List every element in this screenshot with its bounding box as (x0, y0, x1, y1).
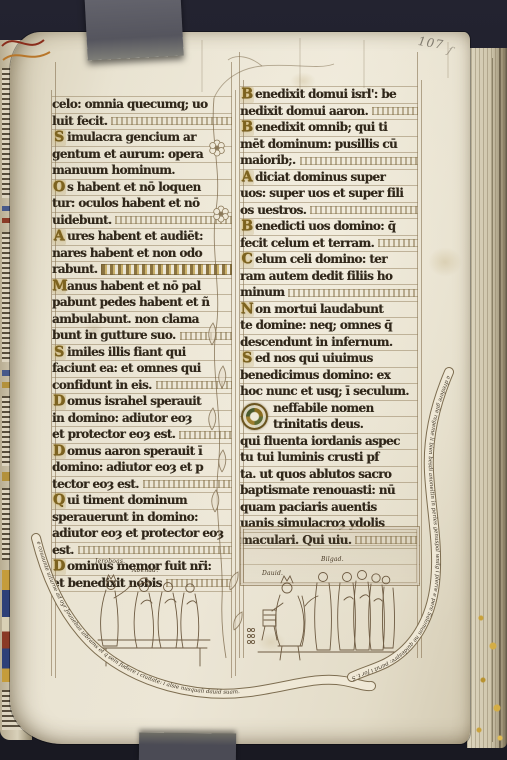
line-filler (372, 107, 418, 115)
verse-text: enedicti uos domino: q̄ (255, 219, 395, 235)
text-line: in domino: adiutor eoȝ (52, 411, 232, 428)
verse-text: imulacra gencium ar (67, 130, 196, 146)
illuminated-initial: A (52, 229, 66, 245)
text-line: Domus israhel sperauit (52, 394, 232, 411)
text-line: Adiciat dominus super (240, 170, 418, 187)
illuminated-initial: A (240, 170, 254, 186)
text-line: pabunt pedes habent et ñ (52, 295, 232, 312)
verse-text: nedixit domui aaron. (240, 104, 368, 120)
illuminated-initial: M (52, 279, 66, 295)
verse-text: est. (52, 543, 74, 559)
text-line: et benedixit nobis (52, 576, 232, 593)
text-line: confidunt in eis. (52, 378, 232, 395)
verse-text: rabunt. (52, 262, 97, 278)
text-line: nares habent et non odo (52, 246, 232, 263)
verse-text: adiutor eoȝ et protector eoȝ (52, 526, 223, 542)
verse-text: baptismate renouasti: nū (240, 483, 395, 499)
text-line: gentum et aurum: opera (52, 147, 232, 164)
verse-text: pabunt pedes habent et ñ (52, 295, 209, 311)
text-line: Similes illis fiant qui (52, 345, 232, 362)
verse-text: ui timent dominum (67, 493, 187, 509)
verse-text: gentum et aurum: opera (52, 147, 203, 163)
text-line: faciunt ea: et omnes qui (52, 361, 232, 378)
verse-text: ures habent et audiēt: (67, 229, 203, 245)
line-filler (111, 117, 232, 125)
text-line: sperauerunt in domino: (52, 510, 232, 527)
text-line: ta. ut quos ablutos sacro (240, 467, 418, 484)
scene-caption: Dauid. (262, 570, 283, 577)
text-line: Os habent et nō loquen (52, 180, 232, 197)
line-filler (179, 431, 232, 439)
verse-text: faciunt ea: et omnes qui (52, 361, 201, 377)
psalm-verse: Os habent et nō loquentur: oculos habent… (52, 180, 232, 230)
illuminated-initial: N (240, 302, 254, 318)
line-filler (378, 239, 418, 247)
verse-text: diciat dominus super (255, 170, 385, 186)
text-line: Domus aaron sperauit ī (52, 444, 232, 461)
verse-text: imiles illis fiant qui (67, 345, 186, 361)
text-line: qui fluenta iordanis aspec (240, 434, 418, 451)
scene-caption: Jeroboas. (95, 558, 125, 565)
illuminated-initial: Q (52, 493, 66, 509)
text-line: baptismate renouasti: nū (240, 483, 418, 500)
verse-text: omus aaron sperauit ī (67, 444, 202, 460)
mount-tab-top (84, 0, 183, 60)
verse-text: on mortui laudabunt (255, 302, 383, 318)
left-column: celo: omnia quecumq; uoluit fecit.Simula… (52, 96, 232, 592)
text-line: ambulabunt. non clama (52, 312, 232, 329)
verse-text: elum celi domino: ter (255, 252, 387, 268)
psalm-verse: Domus aaron sperauit īdomino: adiutor eo… (52, 444, 232, 494)
psalm-verse: Manus habent et nō palpabunt pedes haben… (52, 279, 232, 345)
book-fore-edge (467, 48, 507, 748)
verse-text: descendunt in infernum. (240, 335, 392, 351)
verse-text: domino: adiutor eoȝ et p (52, 460, 203, 476)
verse-text: benedicimus domino: ex (240, 368, 390, 384)
verse-text: ram autem dedit filiis ho (240, 269, 392, 285)
psalm-verse: Celum celi domino: terram autem dedit fi… (240, 252, 418, 302)
text-line: tector eoȝ est. (52, 477, 232, 494)
verse-text: ta. ut quos ablutos sacro (240, 467, 391, 483)
text-line: Celum celi domino: ter (240, 252, 418, 269)
text-line: minum (240, 285, 418, 302)
scene-caption: Bilgad. (321, 556, 344, 563)
illuminated-initial: C (240, 252, 254, 268)
verse-text: ed nos qui uiuimus (255, 351, 373, 367)
stain (256, 632, 286, 652)
text-line: Manus habent et nō pal (52, 279, 232, 296)
text-line: maiorib;. (240, 153, 418, 170)
text-line: benedicimus domino: ex (240, 368, 418, 385)
psalm-verse: Aures habent et audiēt:nares habent et n… (52, 229, 232, 279)
decorated-initial-roundel (241, 403, 268, 430)
psalm-verse: Benedixit omnib; qui timēt dominum: pusi… (240, 120, 418, 170)
verse-text: sperauerunt in domino: (52, 510, 198, 526)
psalm-verse: Non mortui laudabuntte domine: neq; omne… (240, 302, 418, 352)
verse-text: hoc nunc et usq; ī seculum. (240, 384, 409, 400)
verse-text: anus habent et nō pal (67, 279, 201, 295)
text-line: adiutor eoȝ et protector eoȝ (52, 526, 232, 543)
psalm-verse: Sed nos qui uiuimusbenedicimus domino: e… (240, 351, 418, 401)
line-filler (156, 381, 232, 389)
line-filler (310, 206, 418, 214)
ruling-vertical (235, 90, 236, 676)
text-line: fecit celum et terram. (240, 236, 418, 253)
illuminated-initial: S (240, 351, 254, 367)
text-line: hoc nunc et usq; ī seculum. (240, 384, 418, 401)
text-line: os uestros. (240, 203, 418, 220)
mount-tab-bottom (139, 732, 236, 760)
verse-text: maiorib;. (240, 153, 296, 169)
verse-text: luit fecit. (52, 114, 107, 130)
line-filler (300, 157, 418, 165)
verse-text: qui fluenta iordanis aspec (240, 434, 400, 450)
text-line: rabunt. (52, 262, 232, 279)
text-line: bunt in gutture suo. (52, 328, 232, 345)
text-line: Benedixit domui isrl': be (240, 87, 418, 104)
text-line: domino: adiutor eoȝ et p (52, 460, 232, 477)
illuminated-initial: S (52, 345, 66, 361)
ruling-vertical (421, 80, 422, 658)
verse-text: fecit celum et terram. (240, 236, 374, 252)
verse-text: tector eoȝ est. (52, 477, 139, 493)
text-line: et protector eoȝ est. (52, 427, 232, 444)
illuminated-initial: D (52, 444, 66, 460)
verse-text: minum (240, 285, 284, 301)
text-line: uidebunt. (52, 213, 232, 230)
text-line: Non mortui laudabunt (240, 302, 418, 319)
verse-text: uidebunt. (52, 213, 111, 229)
verse-text: s habent et nō loquen (67, 180, 201, 196)
text-line: te domine: neq; omnes q̄ (240, 318, 418, 335)
psalm-verse: Benedicti uos domino: q̄fecit celum et t… (240, 219, 418, 252)
line-filler (180, 332, 232, 340)
text-line: Benedixit omnib; qui ti (240, 120, 418, 137)
text-line: quam paciaris auentis (240, 500, 418, 517)
illuminated-initial: B (240, 120, 254, 136)
scene-caption: Abenad. (132, 567, 158, 574)
psalm-verse: Adiciat dominus superuos: super uos et s… (240, 170, 418, 220)
text-line: tur: oculos habent et nō (52, 196, 232, 213)
verse-text: et benedixit nobis (52, 576, 162, 592)
psalm-verse: Dominus memor fuit nr̄i:et benedixit nob… (52, 559, 232, 592)
text-line: ram autem dedit filiis ho (240, 269, 418, 286)
illuminated-initial: B (240, 87, 254, 103)
verse-text: in domino: adiutor eoȝ (52, 411, 192, 427)
verse-text: confidunt in eis. (52, 378, 152, 394)
line-filler (143, 480, 232, 488)
verse-text: tu tui luminis crusti pf (240, 450, 379, 466)
verse-text: celo: omnia quecumq; uo (52, 97, 207, 113)
illuminated-initial: B (240, 219, 254, 235)
verse-text: ambulabunt. non clama (52, 312, 199, 328)
verse-text: te domine: neq; omnes q̄ (240, 318, 392, 334)
right-column: Benedixit domui isrl': benedixit domui a… (240, 86, 418, 549)
verse-text: bunt in gutture suo. (52, 328, 176, 344)
verse-text: enedixit domui isrl': be (255, 87, 396, 103)
gilded-edge-flecks (473, 598, 507, 748)
psalm-verse: Domus israhel sperauitin domino: adiutor… (52, 394, 232, 444)
line-filler (115, 216, 232, 224)
verse-text: manuum hominum. (52, 163, 175, 179)
text-line: nedixit domui aaron. (240, 104, 418, 121)
text-line: tu tui luminis crusti pf (240, 450, 418, 467)
verse-text: quam paciaris auentis (240, 500, 377, 516)
text-line: Aures habent et audiēt: (52, 229, 232, 246)
illuminated-initial: D (52, 394, 66, 410)
verse-text: os uestros. (240, 203, 306, 219)
text-line: uos: super uos et super fili (240, 186, 418, 203)
photograph-of-manuscript: { "manuscript": { "folio_number": "107",… (0, 0, 507, 760)
text-line: est. (52, 543, 232, 560)
text-line: Simulacra gencium ar (52, 130, 232, 147)
line-filler (101, 264, 232, 275)
verse-text: et protector eoȝ est. (52, 427, 175, 443)
verse-text: omus israhel sperauit (67, 394, 201, 410)
verse-text: nares habent et non odo (52, 246, 202, 262)
text-line: celo: omnia quecumq; uo (52, 97, 232, 114)
text-line: luit fecit. (52, 114, 232, 131)
text-line: Sed nos qui uiuimus (240, 351, 418, 368)
psalm-verse: celo: omnia quecumq; uoluit fecit. (52, 97, 232, 130)
psalm-verse: Qui timent dominumsperauerunt in domino:… (52, 493, 232, 559)
stain (428, 247, 462, 277)
text-line: descendunt in infernum. (240, 335, 418, 352)
verse-text: mēt dominum: pusillis cū (240, 137, 397, 153)
psalm-verse: Simulacra gencium argentum et aurum: ope… (52, 130, 232, 180)
text-line: Qui timent dominum (52, 493, 232, 510)
line-filler (166, 579, 232, 587)
illuminated-initial: S (52, 130, 66, 146)
verse-text: enedixit omnib; qui ti (255, 120, 387, 136)
illuminated-initial: O (52, 180, 66, 196)
illuminated-initial: D (52, 559, 66, 575)
text-line: Benedicti uos domino: q̄ (240, 219, 418, 236)
text-line: manuum hominum. (52, 163, 232, 180)
verse-text: tur: oculos habent et nō (52, 196, 199, 212)
verse-text: uos: super uos et super fili (240, 186, 403, 202)
text-line: mēt dominum: pusillis cū (240, 137, 418, 154)
line-filler (78, 546, 232, 554)
psalm-verse: Similes illis fiant quifaciunt ea: et om… (52, 345, 232, 395)
psalm-verse: Benedixit domui isrl': benedixit domui a… (240, 87, 418, 120)
line-filler (288, 289, 418, 297)
